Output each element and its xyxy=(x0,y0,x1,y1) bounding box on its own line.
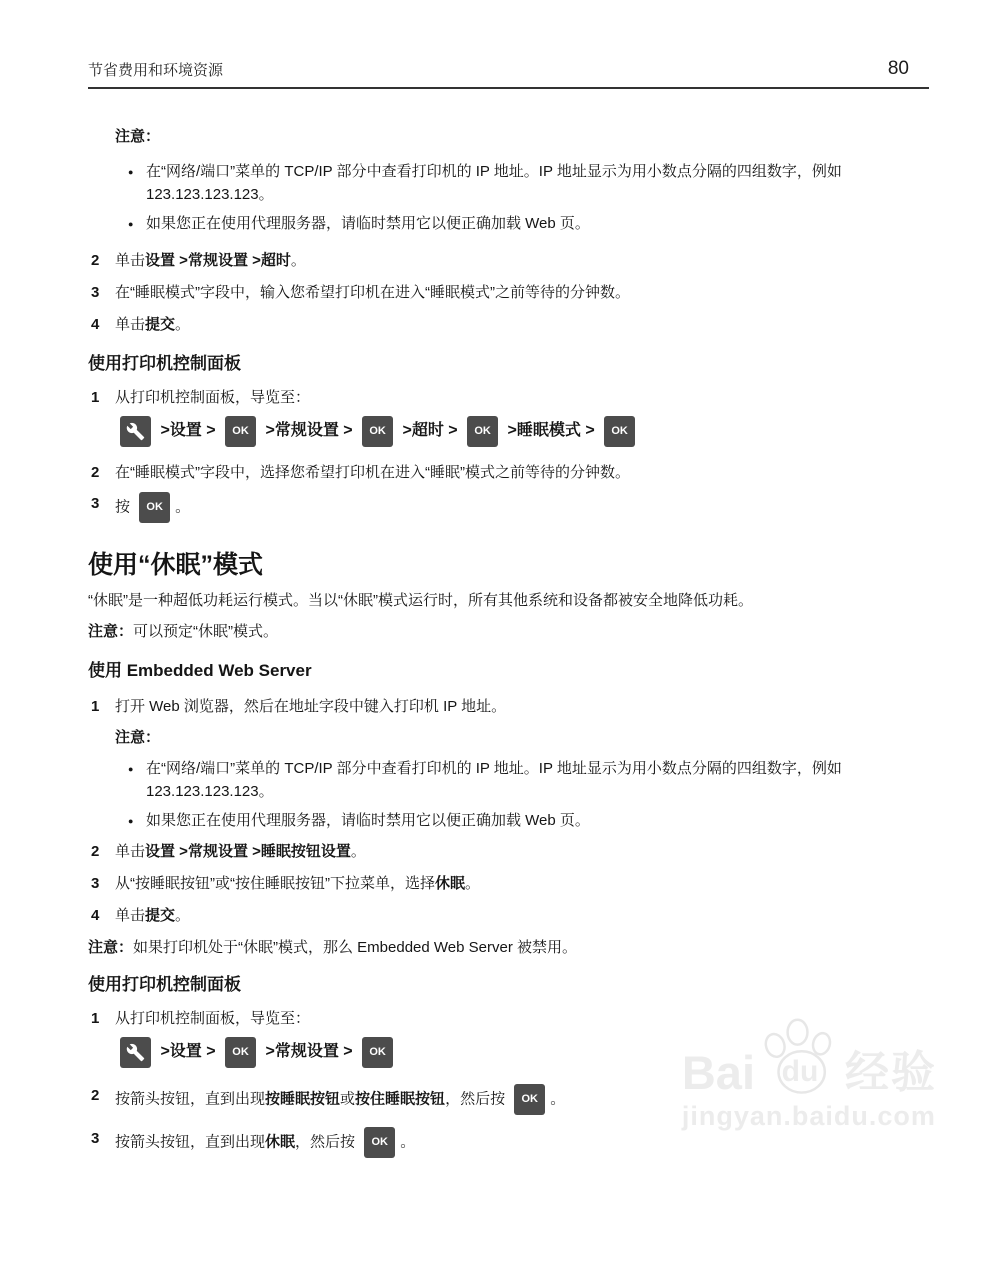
bold-text-run: 提交 xyxy=(145,907,175,924)
baidu-logo-du-text: du xyxy=(782,1055,819,1089)
bold-text-run: >设置 > xyxy=(156,422,220,439)
bold-text-run: >睡眠模式 > xyxy=(503,422,599,439)
step-text: 单击提交。 xyxy=(115,904,905,927)
ok-key-icon: OK xyxy=(225,1037,256,1068)
text-run: 从打印机控制面板，导览至： xyxy=(115,1010,310,1027)
step-number: 2 xyxy=(91,249,115,272)
text-run: 。 xyxy=(465,875,480,892)
step-number: 4 xyxy=(91,313,115,336)
text-run: 或 xyxy=(340,1090,355,1107)
text-run: ，然后按 xyxy=(445,1090,509,1107)
note-bullet-item: 如果您正在使用代理服务器，请临时禁用它以便正确加载 Web 页。 xyxy=(128,212,916,235)
page-header: 节省费用和环境资源 80 xyxy=(88,58,929,89)
numbered-step: 2 单击设置 >常规设置 >超时。 xyxy=(91,249,929,272)
numbered-step: 4 单击提交。 xyxy=(91,904,929,927)
header-section-title: 节省费用和环境资源 xyxy=(88,59,223,80)
step-text: 单击设置 >常规设置 >超时。 xyxy=(115,249,905,272)
numbered-step: 3 在“睡眠模式”字段中，输入您希望打印机在进入“睡眠模式”之前等待的分钟数。 xyxy=(91,281,929,304)
baidu-logo-text: Bai xyxy=(682,1053,755,1093)
text-run: 按箭头按钮，直到出现 xyxy=(115,1133,265,1150)
text-run: 从“按睡眠按钮”或“按住睡眠按钮”下拉菜单，选择 xyxy=(115,875,435,892)
text-run: 单击 xyxy=(115,316,145,333)
text-run: 在“网络/端口”菜单的 TCP/IP 部分中查看打印机的 IP 地址。IP 地址… xyxy=(146,760,842,800)
bold-text-run: 注意： xyxy=(88,623,133,640)
subsection-heading: 使用 Embedded Web Server xyxy=(88,659,929,683)
notes-bullet-list: 在“网络/端口”菜单的 TCP/IP 部分中查看打印机的 IP 地址。IP 地址… xyxy=(128,160,929,235)
step-number: 3 xyxy=(91,1127,115,1158)
ok-key-icon: OK xyxy=(362,1037,393,1068)
wrench-key-icon xyxy=(120,416,151,447)
text-run: 单击 xyxy=(115,843,145,860)
ok-key-icon: OK xyxy=(139,492,170,523)
text-run: 。 xyxy=(175,907,190,924)
bold-text-run: 设置 >常规设置 >超时 xyxy=(145,252,291,269)
numbered-step: 3 按 OK。 xyxy=(91,492,929,523)
bold-text-run: >超时 > xyxy=(398,422,462,439)
step-text: 从“按睡眠按钮”或“按住睡眠按钮”下拉菜单，选择休眠。 xyxy=(115,872,905,895)
text-run: 。 xyxy=(175,316,190,333)
bold-text-run: 按睡眠按钮 xyxy=(265,1090,340,1107)
bold-text-run: 按住睡眠按钮 xyxy=(355,1090,445,1107)
text-run: 。 xyxy=(291,252,306,269)
step-text: 按 OK。 xyxy=(115,492,905,523)
ok-key-icon: OK xyxy=(225,416,256,447)
step-number: 1 xyxy=(91,1007,115,1030)
text-run: ，然后按 xyxy=(295,1133,359,1150)
step-text: 从打印机控制面板，导览至： xyxy=(115,386,905,409)
text-run: 单击 xyxy=(115,907,145,924)
note-paragraph: 注意：可以预定“休眠”模式。 xyxy=(88,620,908,643)
step-number: 2 xyxy=(91,1084,115,1115)
step-number: 3 xyxy=(91,872,115,895)
note-bullet-item: 在“网络/端口”菜单的 TCP/IP 部分中查看打印机的 IP 地址。IP 地址… xyxy=(128,160,916,206)
note-paragraph: 注意：如果打印机处于“休眠”模式，那么 Embedded Web Server … xyxy=(88,936,908,959)
numbered-step: 4 单击提交。 xyxy=(91,313,929,336)
text-run: 按 xyxy=(115,498,134,515)
numbered-step: 2 在“睡眠模式”字段中，选择您希望打印机在进入“睡眠”模式之前等待的分钟数。 xyxy=(91,461,929,484)
text-run: 在“睡眠模式”字段中，输入您希望打印机在进入“睡眠模式”之前等待的分钟数。 xyxy=(115,284,630,301)
subsection-heading: 使用打印机控制面板 xyxy=(88,973,929,997)
text-run: 在“睡眠模式”字段中，选择您希望打印机在进入“睡眠”模式之前等待的分钟数。 xyxy=(115,464,630,481)
step-number: 1 xyxy=(91,386,115,409)
bold-text-run: 注意： xyxy=(88,939,133,956)
text-run: 。 xyxy=(400,1133,415,1150)
notes-bullet-list: 在“网络/端口”菜单的 TCP/IP 部分中查看打印机的 IP 地址。IP 地址… xyxy=(128,757,929,832)
step-text: 在“睡眠模式”字段中，选择您希望打印机在进入“睡眠”模式之前等待的分钟数。 xyxy=(115,461,905,484)
numbered-step: 1 打开 Web 浏览器，然后在地址字段中键入打印机 IP 地址。 xyxy=(91,695,929,718)
subsection-heading: 使用打印机控制面板 xyxy=(88,352,929,376)
step-number: 1 xyxy=(91,695,115,718)
text-run: 如果打印机处于“休眠”模式，那么 Embedded Web Server 被禁用… xyxy=(133,939,577,956)
paw-icon: du xyxy=(757,1017,843,1097)
ok-key-icon: OK xyxy=(604,416,635,447)
ok-key-icon: OK xyxy=(467,416,498,447)
watermark-url: jingyan.baidu.com xyxy=(682,1101,937,1132)
step-number: 2 xyxy=(91,840,115,863)
note-bullet-item: 在“网络/端口”菜单的 TCP/IP 部分中查看打印机的 IP 地址。IP 地址… xyxy=(128,757,916,803)
step-text: 在“睡眠模式”字段中，输入您希望打印机在进入“睡眠模式”之前等待的分钟数。 xyxy=(115,281,905,304)
text-run: 。 xyxy=(175,498,190,515)
manual-page: 节省费用和环境资源 80 注意： 在“网络/端口”菜单的 TCP/IP 部分中查… xyxy=(0,0,989,1158)
ok-key-icon: OK xyxy=(514,1084,545,1115)
text-run: 按箭头按钮，直到出现 xyxy=(115,1090,265,1107)
document-content: 注意： 在“网络/端口”菜单的 TCP/IP 部分中查看打印机的 IP 地址。I… xyxy=(88,89,929,1158)
notes-label: 注意： xyxy=(115,726,929,749)
section-heading: 使用“休眠”模式 xyxy=(88,549,929,581)
step-number: 2 xyxy=(91,461,115,484)
numbered-step: 3 从“按睡眠按钮”或“按住睡眠按钮”下拉菜单，选择休眠。 xyxy=(91,872,929,895)
bold-text-run: 休眠 xyxy=(435,875,465,892)
control-panel-nav-path: >设置 > OK >常规设置 > OK >超时 > OK >睡眠模式 > OK xyxy=(115,413,929,449)
ok-key-icon: OK xyxy=(362,416,393,447)
step-text: 单击设置 >常规设置 >睡眠按钮设置。 xyxy=(115,840,905,863)
notes-label: 注意： xyxy=(115,125,929,148)
bold-text-run: 提交 xyxy=(145,316,175,333)
numbered-step: 2 单击设置 >常规设置 >睡眠按钮设置。 xyxy=(91,840,929,863)
step-text: 打开 Web 浏览器，然后在地址字段中键入打印机 IP 地址。 xyxy=(115,695,905,718)
step-number: 4 xyxy=(91,904,115,927)
text-run: 从打印机控制面板，导览至： xyxy=(115,389,310,406)
text-run: 打开 Web 浏览器，然后在地址字段中键入打印机 IP 地址。 xyxy=(115,698,506,715)
bold-text-run: 休眠 xyxy=(265,1133,295,1150)
text-run: 如果您正在使用代理服务器，请临时禁用它以便正确加载 Web 页。 xyxy=(146,215,590,232)
bold-text-run: >设置 > xyxy=(156,1043,220,1060)
step-text: 单击提交。 xyxy=(115,313,905,336)
text-run: 如果您正在使用代理服务器，请临时禁用它以便正确加载 Web 页。 xyxy=(146,812,590,829)
step-number: 3 xyxy=(91,281,115,304)
bold-text-run: >常规设置 > xyxy=(261,1043,357,1060)
body-paragraph: “休眠”是一种超低功耗运行模式。当以“休眠”模式运行时，所有其他系统和设备都被安… xyxy=(88,589,908,612)
numbered-step: 1 从打印机控制面板，导览至： xyxy=(91,386,929,409)
bold-text-run: 设置 >常规设置 >睡眠按钮设置 xyxy=(145,843,351,860)
text-run: 。 xyxy=(550,1090,565,1107)
bold-text-run: >常规设置 > xyxy=(261,422,357,439)
page-number: 80 xyxy=(888,58,909,80)
step-number: 3 xyxy=(91,492,115,523)
baidu-jingyan-watermark: Bai du 经验 jingyan.baidu.com xyxy=(682,1017,937,1132)
jingyan-logo-text: 经验 xyxy=(845,1053,937,1093)
text-run: 。 xyxy=(351,843,366,860)
text-run: 可以预定“休眠”模式。 xyxy=(133,623,278,640)
watermark-logo-row: Bai du 经验 xyxy=(682,1017,937,1093)
ok-key-icon: OK xyxy=(364,1127,395,1158)
note-bullet-item: 如果您正在使用代理服务器，请临时禁用它以便正确加载 Web 页。 xyxy=(128,809,916,832)
wrench-key-icon xyxy=(120,1037,151,1068)
text-run: 单击 xyxy=(115,252,145,269)
text-run: 在“网络/端口”菜单的 TCP/IP 部分中查看打印机的 IP 地址。IP 地址… xyxy=(146,163,842,203)
